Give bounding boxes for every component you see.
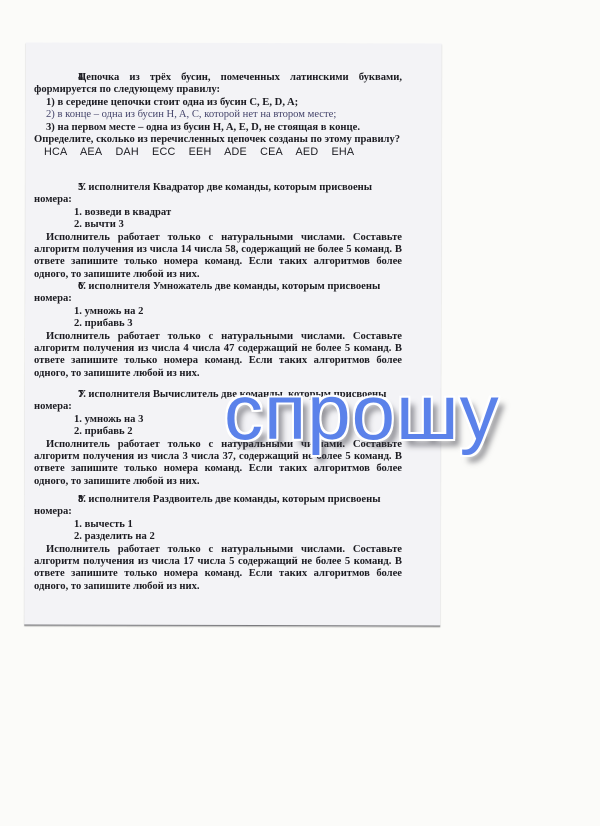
watermark: спрошу: [224, 372, 500, 452]
task-4-rule-3: 3) на первом месте – одна из бусин H, A,…: [34, 122, 402, 134]
task-8-body: Исполнитель работает только с натуральны…: [34, 544, 402, 594]
task-8-heading: 8.У исполнителя Раздвоитель две команды,…: [34, 494, 402, 519]
task-5-command-1: 1. возведи в квадрат: [34, 207, 402, 219]
task-8-command-2: 2. разделить на 2: [34, 531, 402, 543]
task-4-heading: 4.Цепочка из трёх бусин, помеченных лати…: [34, 72, 402, 97]
chain: AED: [296, 146, 319, 158]
task-5: 5.У исполнителя Квадратор две команды, к…: [34, 182, 402, 281]
task-8-command-1: 1. вычесть 1: [34, 519, 402, 531]
chain: DAH: [115, 146, 138, 158]
task-4-question: Определите, сколько из перечисленных цеп…: [34, 134, 402, 146]
task-5-heading: 5.У исполнителя Квадратор две команды, к…: [34, 182, 402, 207]
task-4-rule-2: 2) в конце – одна из бусин H, A, C, кото…: [34, 109, 402, 121]
task-5-body: Исполнитель работает только с натуральны…: [34, 232, 402, 282]
chain: ECC: [152, 146, 175, 158]
chain: ADE: [224, 146, 247, 158]
task-6-heading: 6.У исполнителя Умножатель две команды, …: [34, 281, 402, 306]
task-5-command-2: 2. вычти 3: [34, 219, 402, 231]
task-6: 6.У исполнителя Умножатель две команды, …: [34, 281, 402, 380]
task-6-command-1: 1. умножь на 2: [34, 306, 402, 318]
chain: HCA: [44, 146, 67, 158]
task-6-command-2: 2. прибавь 3: [34, 318, 402, 330]
task-4: 4.Цепочка из трёх бусин, помеченных лати…: [34, 72, 402, 159]
chain: EHA: [332, 146, 355, 158]
task-4-rule-1: 1) в середине цепочки стоит одна из буси…: [34, 97, 402, 109]
task-8: 8.У исполнителя Раздвоитель две команды,…: [34, 494, 402, 593]
chain: AEA: [80, 146, 102, 158]
chain: CEA: [260, 146, 283, 158]
chain: EEH: [189, 146, 212, 158]
task-4-chains: HCA AEA DAH ECC EEH ADE CEA AED EHA: [34, 146, 402, 158]
